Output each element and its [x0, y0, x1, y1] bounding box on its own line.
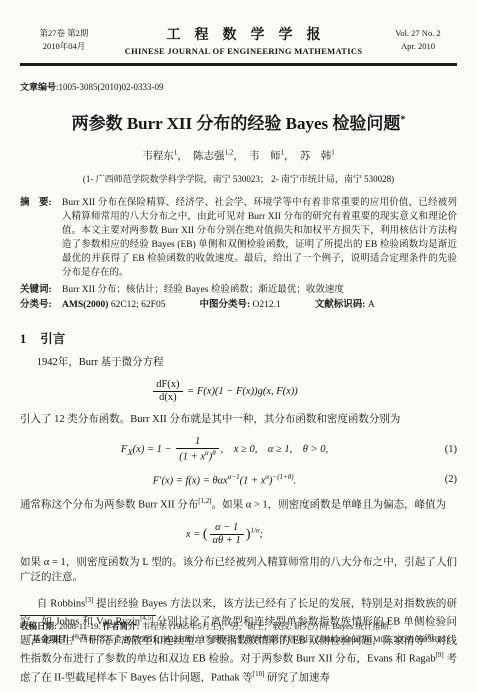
formula-cdf: FX(x) = 1 − 1 (1 + xα)θ , x ≥ 0, α ≥ 1, … — [20, 436, 429, 464]
journal-name-block: 工程数学学报 CHINESE JOURNAL OF ENGINEERING MA… — [108, 24, 379, 56]
formula-pdf: F′(x) = f(x) = θαxα−1(1 + xα)−(1+θ). — [20, 473, 429, 487]
keywords-text: Burr XII 分布；核估计；经验 Bayes 检验函数；渐近最优；收敛速度 — [62, 283, 457, 297]
affiliation-line: (1- 广西师范学院数学科学学院，南宁 530023； 2- 南宁市统计局，南宁… — [20, 172, 457, 185]
formula-peak-row: x = ( α − 1 αθ + 1 )1/α; — [20, 522, 457, 547]
issue-date: 2010年04月 — [20, 40, 108, 53]
classification-label: 分类号: — [20, 298, 62, 312]
formula-differential: dF(x) d(x) = F(x)(1 − F(x))g(x, F(x)) — [20, 379, 429, 404]
article-id-value: :1005-3085(2010)02-0333-09 — [56, 82, 164, 92]
formula-rhs: = F(x)(1 − F(x))g(x, F(x)) — [185, 386, 298, 397]
left-paren: ( — [203, 527, 208, 542]
article-id: 文章编号:1005-3085(2010)02-0333-09 — [20, 80, 457, 93]
paragraph-1942: 1942年，Burr 基于微分方程 — [20, 355, 457, 370]
paragraph-intro: 引入了 12 类分布函数。Burr XII 分布就是其中一种，其分布函数和密度函… — [20, 412, 457, 427]
fraction-numerator: α − 1 — [210, 522, 244, 535]
fraction-denominator: d(x) — [153, 392, 182, 404]
equation-number-1: (1) — [429, 444, 457, 455]
issue-volume: 第27卷 第2期 — [20, 27, 108, 40]
keywords-block: 关键词: Burr XII 分布；核估计；经验 Bayes 检验函数；渐近最优；… — [20, 283, 457, 297]
clc-classification: 中图分类号: O212.1 — [199, 298, 280, 312]
volume-number: Vol. 27 No. 2 — [379, 27, 457, 40]
formula-cdf-row: FX(x) = 1 − 1 (1 + xα)θ , x ≥ 0, α ≥ 1, … — [20, 436, 457, 464]
formula-differential-row: dF(x) d(x) = F(x)(1 − F(x))g(x, F(x)) — [20, 379, 457, 404]
paragraph-Ltype: 如果 α = 1，则密度函数为 L 型的。该分布已经被列入精算师常用的八大分布之… — [20, 555, 457, 585]
section-title: 引言 — [40, 332, 65, 346]
issue-info: 第27卷 第2期 2010年04月 — [20, 27, 108, 53]
paragraph-common-name: 通常称这个分布为两参数 Burr XII 分布[1,2]。如果 α > 1，则密… — [20, 494, 457, 513]
volume-info: Vol. 27 No. 2 Apr. 2010 — [379, 27, 457, 53]
formula-peak: x = ( α − 1 αθ + 1 )1/α; — [20, 522, 429, 547]
classification-block: 分类号: AMS(2000) 62C12; 62F05 中图分类号: O212.… — [20, 298, 457, 312]
fraction: 1 (1 + xα)θ — [176, 436, 218, 464]
article-id-label: 文章编号 — [20, 82, 56, 92]
peak-lhs: x = — [186, 529, 203, 540]
paper-title: 两参数 Burr XII 分布的经验 Bayes 检验问题* — [20, 109, 457, 134]
fraction: dF(x) d(x) — [153, 379, 182, 404]
peak-exponent: 1/α — [250, 526, 259, 534]
ams-classification: AMS(2000) 62C12; 62F05 — [62, 298, 165, 312]
abstract-label: 摘 要: — [20, 196, 62, 280]
footnote-received: 收稿日期: 2008-11-19. 作者简介: 韦程东 (1965年5月生)，男… — [20, 620, 457, 633]
footnote-funding: *基金项目: 广西科学基金 (0575051; 0832108)；广西研究生教育… — [20, 633, 457, 646]
doc-code: 文献标识码: A — [315, 298, 375, 312]
footnote-block: 收稿日期: 2008-11-19. 作者简介: 韦程东 (1965年5月生)，男… — [20, 615, 457, 646]
section-heading: 1引言 — [20, 329, 457, 347]
equation-number-2: (2) — [429, 474, 457, 485]
journal-name-en: CHINESE JOURNAL OF ENGINEERING MATHEMATI… — [108, 46, 379, 56]
fraction-numerator: 1 — [176, 436, 218, 449]
fraction-denominator: (1 + xα)θ — [176, 449, 218, 464]
fraction: α − 1 αθ + 1 — [210, 522, 244, 547]
keywords-label: 关键词: — [20, 283, 62, 297]
section-number: 1 — [20, 332, 26, 346]
journal-name-cn: 工程数学学报 — [108, 24, 379, 44]
peak-end: ; — [260, 529, 264, 540]
abstract-block: 摘 要: Burr XII 分布在保险精算、经济学、社会学、环境学等中有着非常重… — [20, 196, 457, 280]
fraction-numerator: dF(x) — [153, 379, 182, 392]
volume-date: Apr. 2010 — [379, 40, 457, 53]
abstract-text: Burr XII 分布在保险精算、经济学、社会学、环境学等中有着非常重要的应用价… — [62, 196, 457, 280]
formula-pdf-row: F′(x) = f(x) = θαxα−1(1 + xα)−(1+θ). (2) — [20, 473, 457, 487]
fraction-denominator: αθ + 1 — [210, 535, 244, 547]
header-rule — [20, 63, 457, 66]
journal-header: 第27卷 第2期 2010年04月 工程数学学报 CHINESE JOURNAL… — [20, 24, 457, 56]
paper-page: 第27卷 第2期 2010年04月 工程数学学报 CHINESE JOURNAL… — [0, 0, 477, 692]
footnote-rule — [20, 615, 156, 616]
authors-line: 韦程东1， 陈志强1,2， 韦 师1， 苏 韩1 — [20, 148, 457, 163]
cdf-conditions: , x ≥ 0, α ≥ 1, θ > 0, — [221, 444, 328, 455]
cdf-lhs: FX(x) = 1 − — [121, 444, 174, 455]
